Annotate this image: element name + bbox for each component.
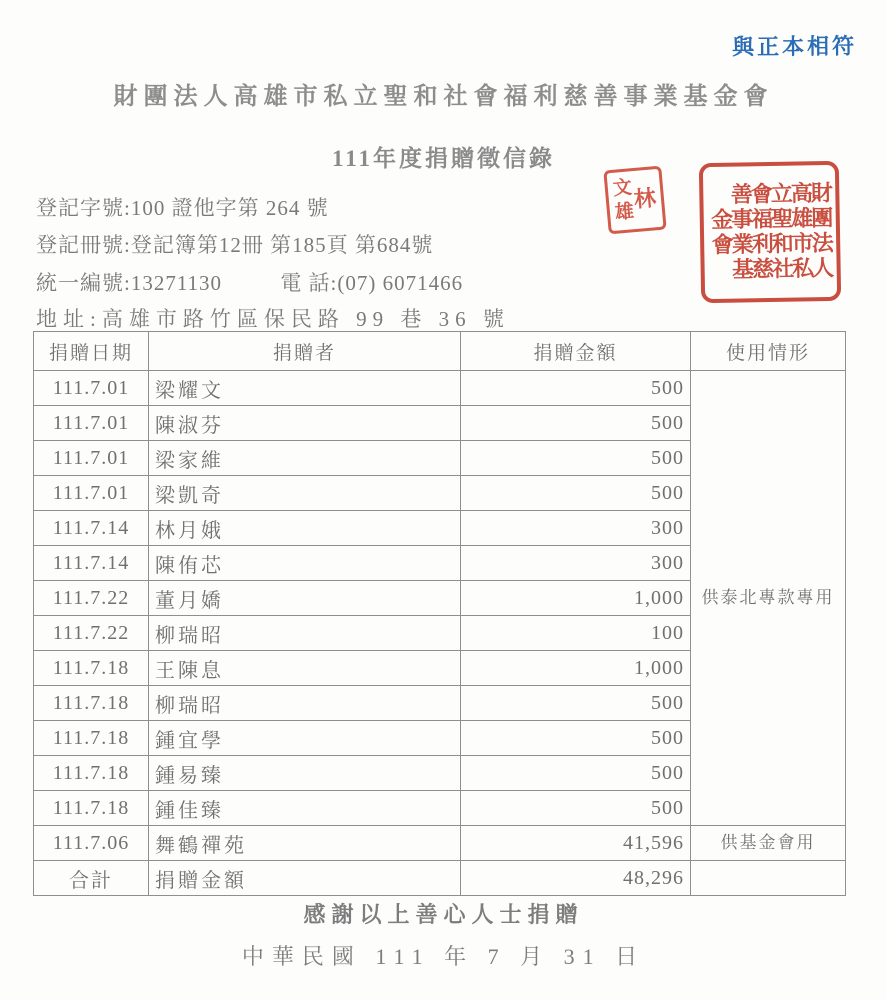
donor-name: 柳瑞昭 [149, 616, 461, 651]
donation-date: 111.7.18 [34, 756, 149, 791]
donor-name: 鍾佳臻 [149, 791, 461, 826]
phone-number: 電 話:(07) 6071466 [280, 271, 463, 295]
total-row: 合計 捐贈金額 48,296 [34, 861, 846, 896]
donation-amount: 300 [461, 511, 691, 546]
name-seal-char-top: 文 [612, 177, 633, 202]
donation-amount: 500 [461, 756, 691, 791]
donation-amount: 500 [461, 476, 691, 511]
donor-name: 鍾易臻 [149, 756, 461, 791]
donation-date: 111.7.18 [34, 791, 149, 826]
donation-amount: 500 [461, 371, 691, 406]
donation-amount: 500 [461, 406, 691, 441]
donor-name: 舞鶴禪苑 [149, 826, 461, 861]
donation-amount: 1,000 [461, 651, 691, 686]
donor-name: 王陳息 [149, 651, 461, 686]
name-seal-left-column: 文 雄 [612, 177, 635, 226]
donation-amount: 500 [461, 686, 691, 721]
registration-number-line: 登記字號:100 證他字第 264 號 [36, 192, 329, 222]
donation-amount: 500 [461, 441, 691, 476]
donation-date: 111.7.14 [34, 511, 149, 546]
foundation-square-seal: 財團法人高雄市私立聖和社會福利慈善事業基金會 [699, 161, 841, 303]
donation-date: 111.7.22 [34, 616, 149, 651]
donation-date: 111.7.18 [34, 686, 149, 721]
donor-name: 柳瑞昭 [149, 686, 461, 721]
donor-name: 梁家維 [149, 441, 461, 476]
total-label: 合計 [34, 861, 149, 896]
name-seal-right-column: 林 [632, 187, 657, 211]
header-donation-date: 捐贈日期 [34, 332, 149, 371]
donation-date: 111.7.14 [34, 546, 149, 581]
unified-number-line: 統一編號:13271130 電 話:(07) 6071466 [36, 267, 463, 297]
foundation-seal-text: 財團法人高雄市私立聖和社會福利慈善事業基金會 [708, 171, 832, 293]
donation-table: 捐贈日期 捐贈者 捐贈金額 使用情形 111.7.01 梁耀文 500 供泰北專… [33, 331, 846, 896]
usage-cell: 供基金會用 [691, 826, 846, 861]
foundation-title: 財團法人高雄市私立聖和社會福利慈善事業基金會 [0, 76, 887, 111]
donation-amount: 500 [461, 791, 691, 826]
address-line: 地址:高雄市路竹區保民路 99 巷 36 號 [36, 303, 510, 333]
personal-name-seal: 林 文 雄 [603, 166, 666, 235]
donation-date: 111.7.18 [34, 651, 149, 686]
donation-date: 111.7.01 [34, 476, 149, 511]
donor-name: 梁耀文 [149, 371, 461, 406]
name-seal-char-bottom: 雄 [614, 200, 635, 225]
registry-book-line: 登記冊號:登記簿第12冊 第185頁 第684號 [36, 229, 433, 259]
donor-name: 林月娥 [149, 511, 461, 546]
donation-amount: 500 [461, 721, 691, 756]
donor-name: 鍾宜學 [149, 721, 461, 756]
donation-date: 111.7.18 [34, 721, 149, 756]
donation-amount: 100 [461, 616, 691, 651]
total-name: 捐贈金額 [149, 861, 461, 896]
donation-date: 111.7.06 [34, 826, 149, 861]
donation-amount: 1,000 [461, 581, 691, 616]
donation-date: 111.7.01 [34, 406, 149, 441]
table-row: 111.7.06 舞鶴禪苑 41,596 供基金會用 [34, 826, 846, 861]
donation-date: 111.7.01 [34, 371, 149, 406]
unified-number: 統一編號:13271130 [36, 271, 222, 295]
total-usage-empty [691, 861, 846, 896]
donation-date: 111.7.22 [34, 581, 149, 616]
donation-amount: 41,596 [461, 826, 691, 861]
document-date: 中華民國 111 年 7 月 31 日 [0, 940, 887, 971]
header-donor: 捐贈者 [149, 332, 461, 371]
donation-date: 111.7.01 [34, 441, 149, 476]
scanned-donation-document: 與正本相符 財團法人高雄市私立聖和社會福利慈善事業基金會 111年度捐贈徵信錄 … [0, 0, 887, 1000]
header-usage: 使用情形 [691, 332, 846, 371]
table-row: 111.7.01 梁耀文 500 供泰北專款專用 [34, 371, 846, 406]
donor-name: 梁凱奇 [149, 476, 461, 511]
donor-name: 陳侑芯 [149, 546, 461, 581]
donor-name: 陳淑芬 [149, 406, 461, 441]
thanks-message: 感謝以上善心人士捐贈 [0, 898, 887, 929]
usage-group-cell: 供泰北專款專用 [691, 371, 846, 826]
table-header-row: 捐贈日期 捐贈者 捐贈金額 使用情形 [34, 332, 846, 371]
donor-name: 董月嬌 [149, 581, 461, 616]
donation-amount: 300 [461, 546, 691, 581]
certified-copy-stamp: 與正本相符 [732, 29, 857, 61]
total-amount: 48,296 [461, 861, 691, 896]
header-amount: 捐贈金額 [461, 332, 691, 371]
